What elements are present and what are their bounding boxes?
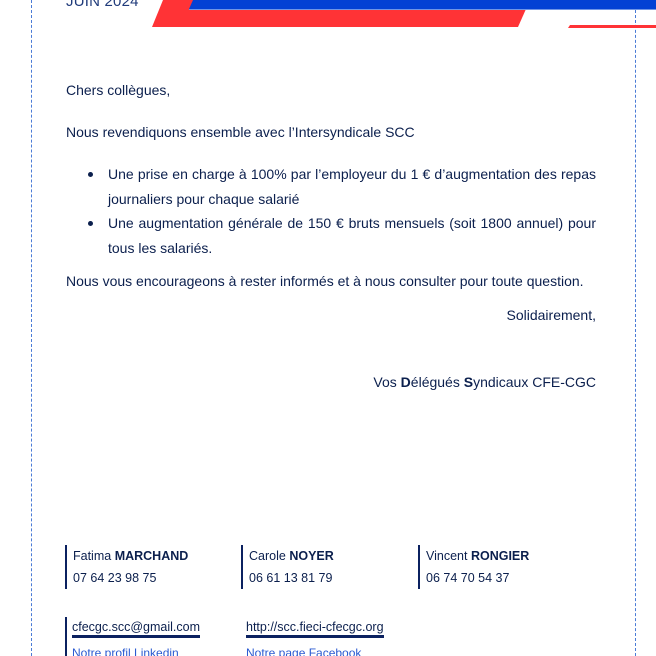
- contact-name: Fatima MARCHAND: [73, 545, 188, 567]
- demand-item: Une augmentation générale de 150 € bruts…: [66, 211, 596, 260]
- contact-phone: 06 61 13 81 79: [249, 567, 334, 589]
- page-margin-guide-right: [635, 0, 636, 656]
- website-link[interactable]: http://scc.fieci-cfecgc.org: [246, 619, 384, 638]
- contact-card: Vincent RONGIER 06 74 70 54 37: [418, 545, 529, 589]
- contact-name: Carole NOYER: [249, 545, 334, 567]
- links-block-rule: [65, 617, 67, 656]
- letter-greeting: Chers collègues,: [66, 78, 596, 102]
- letter-intro: Nous revendiquons ensemble avec l’Inters…: [66, 120, 596, 144]
- banner-blue-line: [189, 9, 656, 10]
- banner-blue-stripe: [189, 0, 656, 9]
- facebook-link[interactable]: Notre page Facebook: [246, 646, 361, 656]
- banner-red-thin-line: [568, 25, 656, 28]
- email-link[interactable]: cfecgc.scc@gmail.com: [72, 619, 200, 638]
- linkedin-link[interactable]: Notre profil Linkedin: [72, 646, 179, 656]
- contact-phone: 06 74 70 54 37: [426, 567, 529, 589]
- letter-encourage: Nous vous encourageons à rester informés…: [66, 269, 596, 293]
- page-margin-guide-left: [31, 0, 32, 656]
- demand-item: Une prise en charge à 100% par l’employe…: [66, 162, 596, 211]
- letter-signature: Vos Délégués Syndicaux CFE-CGC: [66, 370, 596, 394]
- contact-name: Vincent RONGIER: [426, 545, 529, 567]
- contact-phone: 07 64 23 98 75: [73, 567, 188, 589]
- demands-list: Une prise en charge à 100% par l’employe…: [66, 162, 596, 260]
- letter-closing: Solidairement,: [66, 303, 596, 327]
- contact-card: Fatima MARCHAND 07 64 23 98 75: [65, 545, 188, 589]
- header-banner: [0, 0, 656, 32]
- contact-card: Carole NOYER 06 61 13 81 79: [241, 545, 334, 589]
